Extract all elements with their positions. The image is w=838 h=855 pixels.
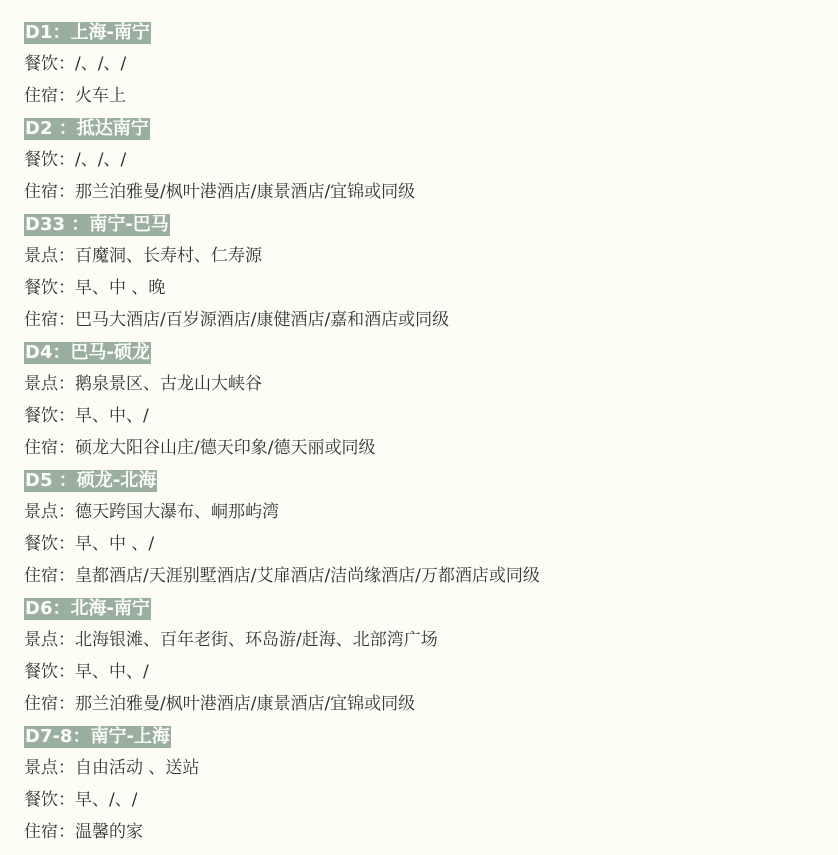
day-heading-text: D4：巴马-硕龙 [24, 342, 151, 364]
day-heading-text: D7-8：南宁-上海 [24, 726, 171, 748]
day-2-section: D2 ：抵达南宁 餐饮：/、/、/ 住宿：那兰泊雅曼/枫叶港酒店/康景酒店/宜锦… [24, 112, 540, 208]
sights-line: 景点：自由活动 、送站 [24, 752, 540, 784]
meals-line: 餐饮：/、/、/ [24, 48, 540, 80]
day-heading-text: D1：上海-南宁 [24, 22, 151, 44]
day-heading: D4：巴马-硕龙 [24, 336, 540, 368]
meals-line: 餐饮：早、中 、/ [24, 528, 540, 560]
day-heading-text: D5 ：硕龙-北海 [24, 470, 157, 492]
day-heading: D6：北海-南宁 [24, 592, 540, 624]
day-6-section: D6：北海-南宁 景点：北海银滩、百年老街、环岛游/赶海、北部湾广场 餐饮：早、… [24, 592, 540, 720]
meals-line: 餐饮：早、中 、晚 [24, 272, 540, 304]
day-heading-text: D6：北海-南宁 [24, 598, 151, 620]
day-heading: D2 ：抵达南宁 [24, 112, 540, 144]
day-heading: D33 ：南宁-巴马 [24, 208, 540, 240]
lodging-line: 住宿：火车上 [24, 80, 540, 112]
day-heading: D5 ：硕龙-北海 [24, 464, 540, 496]
sights-line: 景点：鹅泉景区、古龙山大峡谷 [24, 368, 540, 400]
lodging-line: 住宿：皇都酒店/天涯别墅酒店/艾扉酒店/洁尚缘酒店/万都酒店或同级 [24, 560, 540, 592]
itinerary-document: D1：上海-南宁 餐饮：/、/、/ 住宿：火车上 D2 ：抵达南宁 餐饮：/、/… [24, 16, 540, 848]
lodging-line: 住宿：温馨的家 [24, 816, 540, 848]
day-4-section: D4：巴马-硕龙 景点：鹅泉景区、古龙山大峡谷 餐饮：早、中、/ 住宿：硕龙大阳… [24, 336, 540, 464]
lodging-line: 住宿：巴马大酒店/百岁源酒店/康健酒店/嘉和酒店或同级 [24, 304, 540, 336]
day-heading: D1：上海-南宁 [24, 16, 540, 48]
meals-line: 餐饮：早、/、/ [24, 784, 540, 816]
sights-line: 景点：北海银滩、百年老街、环岛游/赶海、北部湾广场 [24, 624, 540, 656]
day-7-8-section: D7-8：南宁-上海 景点：自由活动 、送站 餐饮：早、/、/ 住宿：温馨的家 [24, 720, 540, 848]
day-1-section: D1：上海-南宁 餐饮：/、/、/ 住宿：火车上 [24, 16, 540, 112]
day-heading-text: D2 ：抵达南宁 [24, 118, 150, 140]
day-heading: D7-8：南宁-上海 [24, 720, 540, 752]
day-heading-text: D33 ：南宁-巴马 [24, 214, 170, 236]
lodging-line: 住宿：那兰泊雅曼/枫叶港酒店/康景酒店/宜锦或同级 [24, 176, 540, 208]
meals-line: 餐饮：/、/、/ [24, 144, 540, 176]
lodging-line: 住宿：那兰泊雅曼/枫叶港酒店/康景酒店/宜锦或同级 [24, 688, 540, 720]
day-5-section: D5 ：硕龙-北海 景点：德天跨国大瀑布、峒那屿湾 餐饮：早、中 、/ 住宿：皇… [24, 464, 540, 592]
meals-line: 餐饮：早、中、/ [24, 656, 540, 688]
meals-line: 餐饮：早、中、/ [24, 400, 540, 432]
sights-line: 景点：百魔洞、长寿村、仁寿源 [24, 240, 540, 272]
lodging-line: 住宿：硕龙大阳谷山庄/德天印象/德天丽或同级 [24, 432, 540, 464]
day-3-section: D33 ：南宁-巴马 景点：百魔洞、长寿村、仁寿源 餐饮：早、中 、晚 住宿：巴… [24, 208, 540, 336]
sights-line: 景点：德天跨国大瀑布、峒那屿湾 [24, 496, 540, 528]
